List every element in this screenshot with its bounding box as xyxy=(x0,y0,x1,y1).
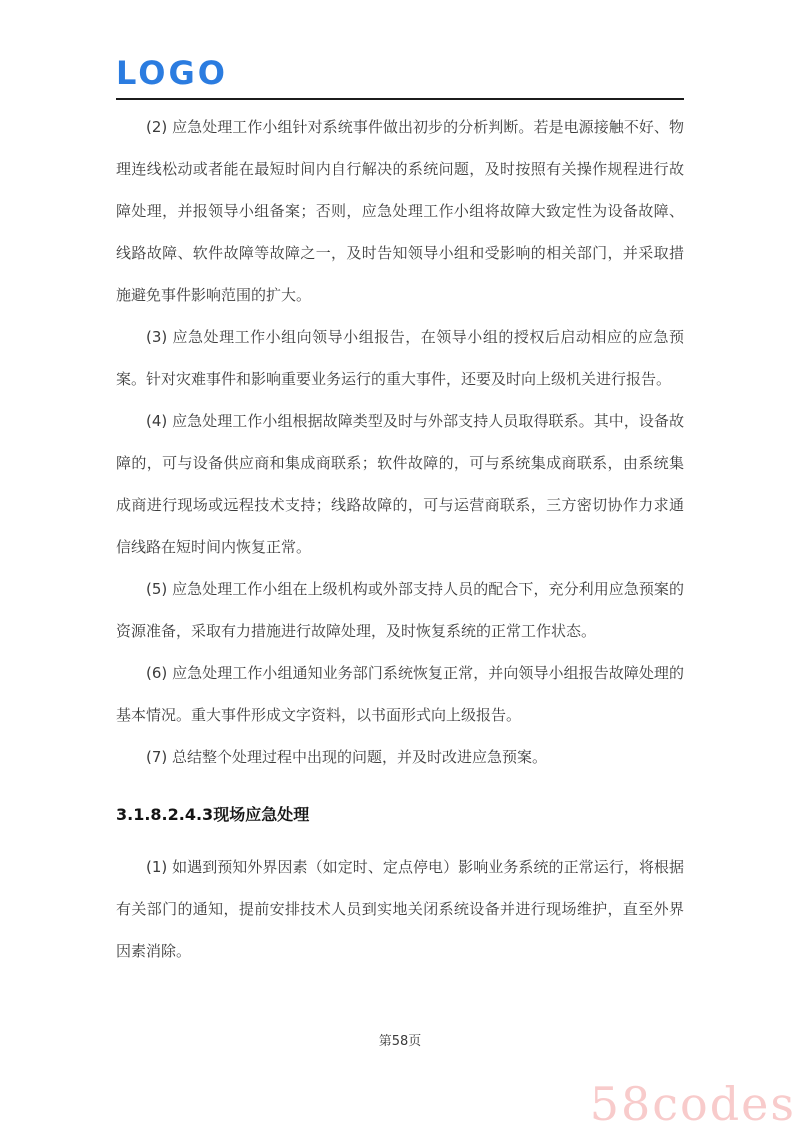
watermark-text: 58codes xyxy=(590,1081,796,1127)
header-divider xyxy=(116,98,684,100)
paragraph-4: (4) 应急处理工作小组根据故障类型及时与外部支持人员取得联系。其中，设备故障的… xyxy=(116,400,684,568)
paragraph-5: (5) 应急处理工作小组在上级机构或外部支持人员的配合下，充分利用应急预案的资源… xyxy=(116,568,684,652)
paragraph-6: (6) 应急处理工作小组通知业务部门系统恢复正常，并向领导小组报告故障处理的基本… xyxy=(116,652,684,736)
paragraph-2: (2) 应急处理工作小组针对系统事件做出初步的分析判断。若是电源接触不好、物理连… xyxy=(116,106,684,316)
document-header: LOGO xyxy=(116,0,684,100)
company-logo: LOGO xyxy=(116,56,684,90)
section-heading: 3.1.8.2.4.3现场应急处理 xyxy=(116,794,684,836)
paragraph-3: (3) 应急处理工作小组向领导小组报告，在领导小组的授权后启动相应的应急预案。针… xyxy=(116,316,684,400)
paragraph-1-site-handling: (1) 如遇到预知外界因素（如定时、定点停电）影响业务系统的正常运行，将根据有关… xyxy=(116,846,684,972)
paragraph-7: (7) 总结整个处理过程中出现的问题，并及时改进应急预案。 xyxy=(116,736,684,778)
page-number: 第58页 xyxy=(379,1034,422,1049)
document-page: LOGO (2) 应急处理工作小组针对系统事件做出初步的分析判断。若是电源接触不… xyxy=(0,0,800,1132)
document-footer: 第58页 xyxy=(0,1030,800,1049)
document-body: (2) 应急处理工作小组针对系统事件做出初步的分析判断。若是电源接触不好、物理连… xyxy=(116,106,684,972)
